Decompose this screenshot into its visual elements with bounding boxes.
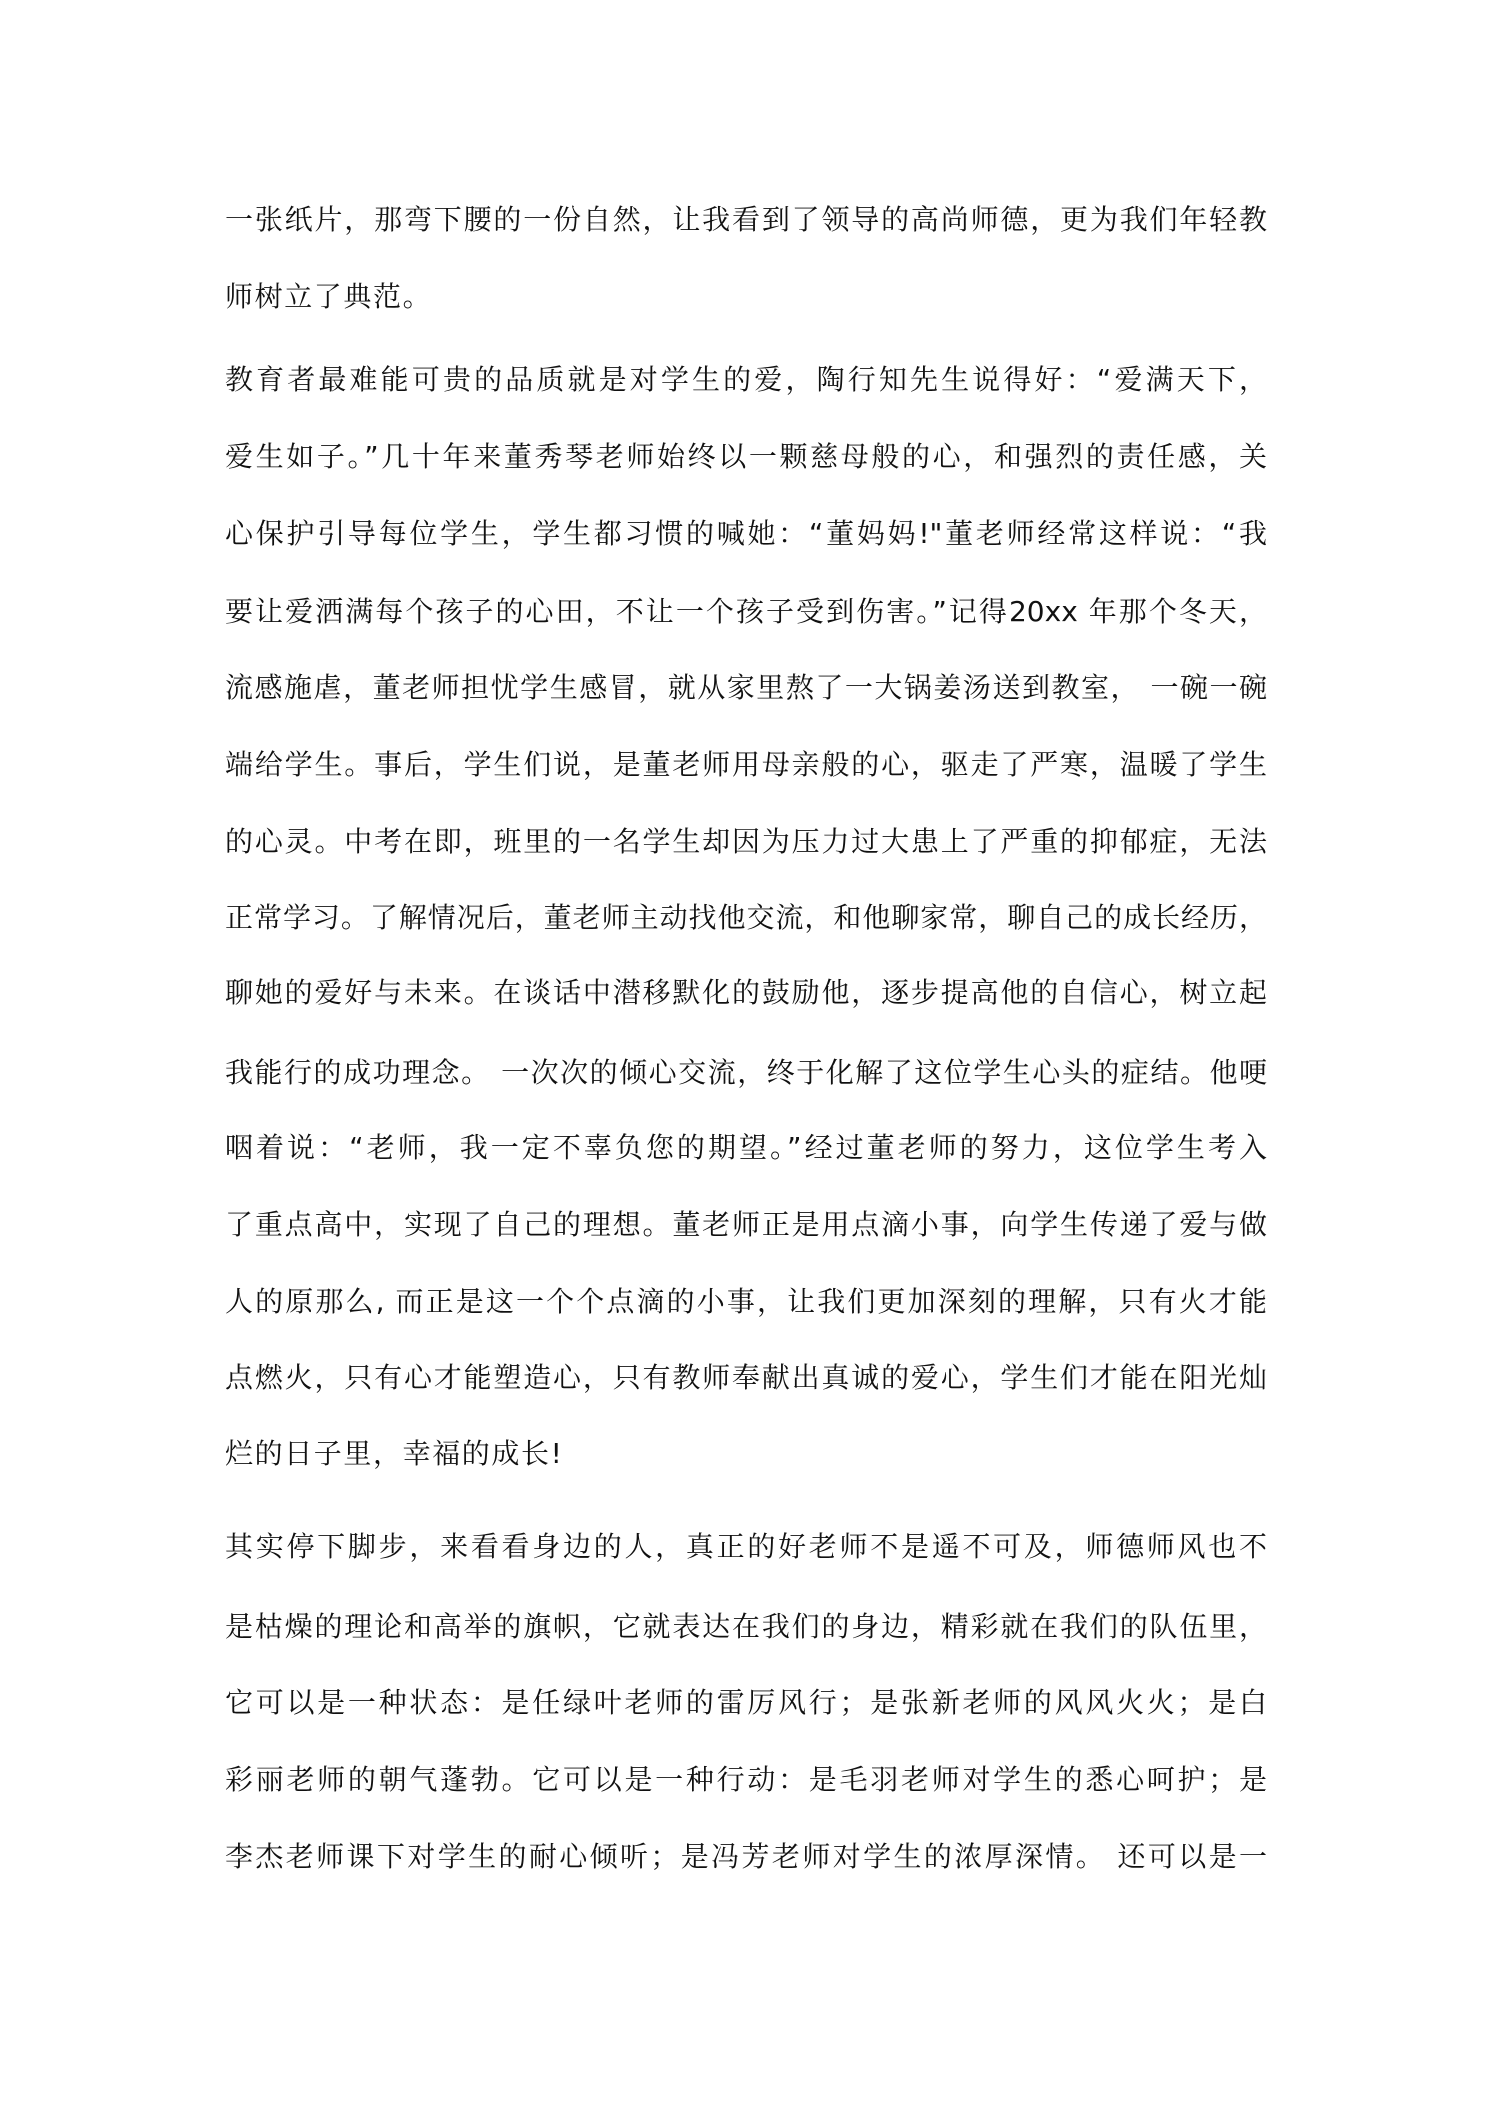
paragraph-3-line-4: 彩丽老师的朝气蓬勃。它可以是一种行动：是毛羽老师对学生的悉心呵护；是 xyxy=(225,1760,1267,1800)
paragraph-2-line-14: 点燃火，只有心才能塑造心，只有教师奉献出真诚的爱心，学生们才能在阳光灿 xyxy=(225,1358,1267,1398)
document-page: 一张纸片，那弯下腰的一份自然，让我看到了领导的高尚师德，更为我们年轻教 师树立了… xyxy=(0,0,1493,2112)
paragraph-2-line-3: 心保护引导每位学生，学生都习惯的喊她：“董妈妈!"董老师经常这样说：“我 xyxy=(225,514,1267,554)
paragraph-2-line-2: 爱生如子。”几十年来董秀琴老师始终以一颗慈母般的心，和强烈的责任感，关 xyxy=(225,437,1267,477)
paragraph-3-line-2: 是枯燥的理论和高举的旗帜，它就表达在我们的身边，精彩就在我们的队伍里， xyxy=(225,1607,1267,1647)
paragraph-3-line-5: 李杰老师课下对学生的耐心倾听；是冯芳老师对学生的浓厚深情。 还可以是一 xyxy=(225,1837,1267,1877)
paragraph-2-line-9: 聊她的爱好与未来。在谈话中潜移默化的鼓励他，逐步提高他的自信心，树立起 xyxy=(225,973,1267,1013)
paragraph-2-line-1: 教育者最难能可贵的品质就是对学生的爱，陶行知先生说得好：“爱满天下， xyxy=(225,360,1267,400)
paragraph-3-line-3: 它可以是一种状态：是任绿叶老师的雷厉风行；是张新老师的风风火火；是白 xyxy=(225,1683,1267,1723)
paragraph-2-line-5: 流感施虐，董老师担忧学生感冒，就从家里熬了一大锅姜汤送到教室， 一碗一碗 xyxy=(225,668,1267,708)
paragraph-2-line-13: 人的原那么, 而正是这一个个点滴的小事，让我们更加深刻的理解，只有火才能 xyxy=(225,1282,1267,1322)
paragraph-2-line-6: 端给学生。事后，学生们说，是董老师用母亲般的心，驱走了严寒，温暖了学生 xyxy=(225,745,1267,785)
paragraph-2-line-10: 我能行的成功理念。 一次次的倾心交流，终于化解了这位学生心头的症结。他哽 xyxy=(225,1053,1267,1093)
paragraph-2-line-15: 烂的日子里，幸福的成长! xyxy=(225,1434,1267,1474)
paragraph-2-line-7: 的心灵。中考在即，班里的一名学生却因为压力过大患上了严重的抑郁症，无法 xyxy=(225,822,1267,862)
paragraph-1-line-2: 师树立了典范。 xyxy=(225,277,1267,317)
paragraph-2-line-12: 了重点高中，实现了自己的理想。董老师正是用点滴小事，向学生传递了爱与做 xyxy=(225,1205,1267,1245)
paragraph-3-line-1: 其实停下脚步，来看看身边的人，真正的好老师不是遥不可及，师德师风也不 xyxy=(225,1527,1267,1567)
paragraph-2-line-4: 要让爱洒满每个孩子的心田，不让一个孩子受到伤害。”记得20xx 年那个冬天， xyxy=(225,592,1267,632)
paragraph-2-line-11: 咽着说：“老师，我一定不辜负您的期望。”经过董老师的努力，这位学生考入 xyxy=(225,1128,1267,1168)
paragraph-1-line-1: 一张纸片，那弯下腰的一份自然，让我看到了领导的高尚师德，更为我们年轻教 xyxy=(225,200,1267,240)
paragraph-2-line-8: 正常学习。了解情况后，董老师主动找他交流，和他聊家常，聊自己的成长经历， xyxy=(225,898,1267,938)
